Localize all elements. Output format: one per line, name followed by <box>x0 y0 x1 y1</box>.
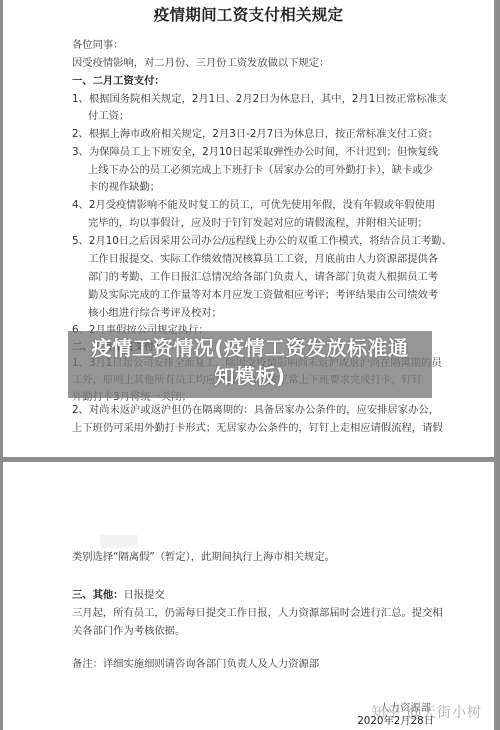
s1-item5-line3: 部门的考勤、工作日报汇总情况给各部门负责人，请各部门负责人根据员工考 <box>88 270 438 284</box>
overlay-title-line2: 知模板) <box>68 362 432 390</box>
document-page-2: 类别选择“隔离假”（暂定），此期间执行上海市相关规定。 三、其他：日报提交 三月… <box>3 462 494 730</box>
s1-item3-line1: 3、为保障员工上下班安全，2月10日起采取弹性办公时间，不计迟到；但恢复线 <box>72 145 438 159</box>
s2-item2-line1: 2、对尚未返沪或返沪但仍在隔离期的：具备居家办公条件的，应安排居家办公， <box>72 403 439 417</box>
s3-line1: 三月起，所有员工，仍需每日提交工作日报，人力资源部届时会进行汇总。提交相 <box>72 606 443 620</box>
s3-line2: 关各部门作为考核依据。 <box>72 624 185 638</box>
document-title: 疫情期间工资支付相关规定 <box>3 3 494 25</box>
s1-item4-line2: 完毕的，均以事假计，应及时于钉钉发起对应的请假流程，并附相关证明； <box>88 216 428 230</box>
s1-item5-line5: 核小组进行综合考评及校对； <box>88 306 222 320</box>
s1-item2-line1: 2、根据上海市政府相关规定，2月3日-2月7日为休息日，按正常标准支付工资； <box>72 127 438 141</box>
s1-item4-line1: 4、2月受疫情影响不能及时复工的员工，可优先使用年假，没有年假或年假使用 <box>72 198 435 212</box>
section3-heading-rest: 日报提交 <box>123 589 164 601</box>
greeting: 各位同事： <box>72 38 123 52</box>
overlay-title: 疫情工资情况(疫情工资发放标准通 知模板) <box>68 334 432 390</box>
s1-item5-line4: 勤及实际完成的工作量等对本月应发工资做相应考评；考评结果由公司绩效考 <box>88 288 438 302</box>
s1-item1-line1: 1、根据国务院相关规定，2月1日、2月2日为休息日，其中，2月1日按正常标准支 <box>72 92 447 106</box>
intro-text: 因受疫情影响，对二月份、三月份工资发放做以下规定： <box>72 56 329 70</box>
s1-item3-line3: 卡的视作缺勤； <box>88 180 160 194</box>
scan-artifact <box>100 535 138 548</box>
s2-item2-line2: 上下班仍可采用外勤打卡形式；无居家办公条件的，钉钉上走相应请假流程，请假 <box>72 421 443 435</box>
section3-heading: 三、其他：日报提交 <box>72 588 165 602</box>
section3-heading-bold: 三、其他： <box>72 589 123 601</box>
s1-item1-line2: 付工资； <box>88 109 129 123</box>
watermark: 知乎 @天街小树 <box>372 702 482 722</box>
s1-item5-line1: 5、2月10日之后因采用公司办公/远程线上办公的双重工作模式，将结合员工考勤、 <box>72 234 452 248</box>
section1-heading: 一、二月工资支付： <box>72 74 165 88</box>
s1-item5-line2: 工作日报提交、实际工作绩效情况核算员工工资，月底前由人力资源部提供各 <box>88 252 438 266</box>
s1-item3-line2: 上线下办公的员工必须完成上下班打卡（居家办公的可外勤打卡），缺卡或少 <box>88 163 433 177</box>
s2-item2-continuation: 类别选择“隔离假”（暂定），此期间执行上海市相关规定。 <box>72 550 335 564</box>
overlay-title-line1: 疫情工资情况(疫情工资发放标准通 <box>68 334 432 362</box>
note-text: 备注：详细实施细则请咨询各部门负责人及人力资源部 <box>72 657 319 671</box>
title-overlay-band: 疫情工资情况(疫情工资发放标准通 知模板) <box>68 331 432 398</box>
